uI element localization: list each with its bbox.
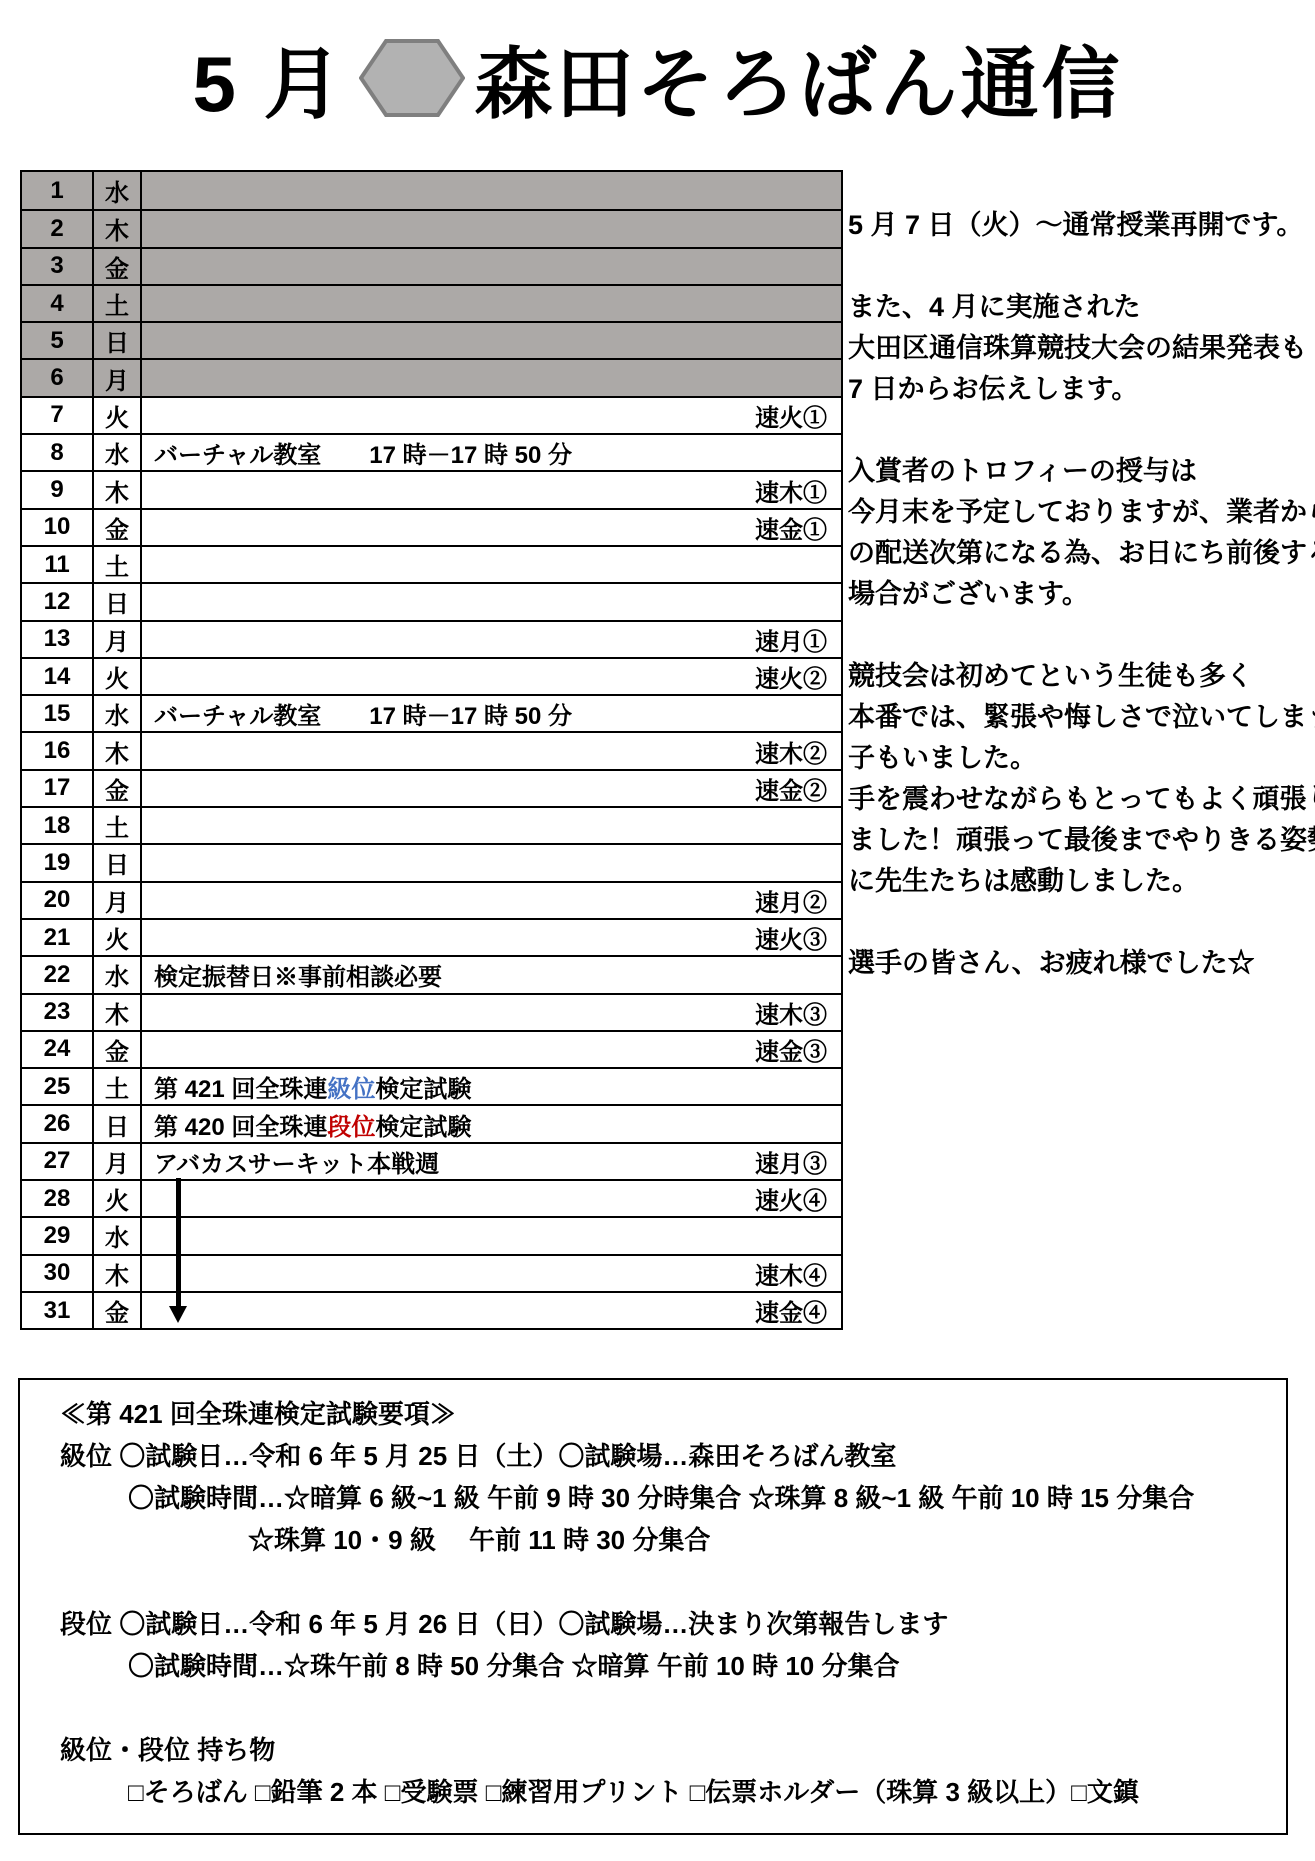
- calendar-weekday: 水: [94, 955, 142, 992]
- calendar-weekday: 火: [94, 918, 142, 955]
- calendar-weekday: 木: [94, 470, 142, 507]
- exam-info-line: 段位 〇試験日…令和 6 年 5 月 26 日（日）〇試験場…決まり次第報告しま…: [20, 1603, 1286, 1645]
- calendar-entry-segment: 検定試験: [375, 1114, 471, 1141]
- calendar-entry: 速木④: [142, 1254, 841, 1291]
- calendar-weekday: 月: [94, 881, 142, 918]
- calendar-lesson-code: 速金④: [755, 1293, 827, 1328]
- calendar-entry-text: 第 421 回全珠連級位検定試験: [154, 1069, 471, 1104]
- calendar-day-number: 6: [22, 358, 94, 395]
- calendar-entry-text: バーチャル教室 17 時－17 時 50 分: [154, 696, 572, 731]
- calendar-day-number: 31: [22, 1291, 94, 1328]
- calendar-entry: バーチャル教室 17 時－17 時 50 分: [142, 433, 841, 470]
- calendar-day-number: 14: [22, 657, 94, 694]
- calendar-day-number: 21: [22, 918, 94, 955]
- calendar-entry: [142, 247, 841, 284]
- calendar-lesson-code: 速火①: [755, 398, 827, 433]
- calendar-entry-segment: 第 421 回全珠連: [154, 1076, 327, 1103]
- calendar-day-number: 12: [22, 582, 94, 619]
- calendar-entry: [142, 358, 841, 395]
- announcement-line: ました！頑張って最後までやりきる姿勢: [848, 820, 1310, 861]
- calendar-entry: 速木③: [142, 993, 841, 1030]
- calendar-table: 1水2木3金4土5日6月7火速火①8水バーチャル教室 17 時－17 時 50 …: [20, 170, 843, 1330]
- calendar-entry: [142, 545, 841, 582]
- announcement-line: 場合がございます。: [848, 574, 1310, 615]
- calendar-weekday: 火: [94, 1179, 142, 1216]
- calendar-weekday: 日: [94, 321, 142, 358]
- calendar-weekday: 金: [94, 769, 142, 806]
- calendar-weekday: 日: [94, 843, 142, 880]
- calendar-day-number: 24: [22, 1030, 94, 1067]
- calendar-entry: アバカスサーキット本戦週速月③: [142, 1142, 841, 1179]
- announcement-line: 今月末を予定しておりますが、業者から: [848, 492, 1310, 533]
- calendar-day-number: 7: [22, 396, 94, 433]
- calendar-day-number: 19: [22, 843, 94, 880]
- calendar-weekday: 日: [94, 1104, 142, 1141]
- calendar-weekday: 土: [94, 806, 142, 843]
- announcement-line: の配送次第になる為、お日にち前後する: [848, 533, 1310, 574]
- calendar-day-number: 4: [22, 284, 94, 321]
- calendar-weekday: 金: [94, 1030, 142, 1067]
- calendar-weekday: 水: [94, 1216, 142, 1253]
- calendar-weekday: 月: [94, 620, 142, 657]
- exam-info-blank-line: [20, 1687, 1286, 1729]
- announcement-blank-line: [848, 615, 1310, 656]
- calendar-lesson-code: 速月③: [755, 1144, 827, 1179]
- announcement-line: 入賞者のトロフィーの授与は: [848, 451, 1310, 492]
- calendar-entry-text: 第 420 回全珠連段位検定試験: [154, 1107, 471, 1142]
- calendar-day-number: 27: [22, 1142, 94, 1179]
- calendar-day-number: 30: [22, 1254, 94, 1291]
- calendar-weekday: 土: [94, 545, 142, 582]
- announcement-line: 大田区通信珠算競技大会の結果発表も: [848, 328, 1310, 369]
- calendar-weekday: 水: [94, 694, 142, 731]
- exam-info-line: □そろばん □鉛筆 2 本 □受験票 □練習用プリント □伝票ホルダー（珠算 3…: [20, 1771, 1286, 1813]
- calendar-day-number: 11: [22, 545, 94, 582]
- calendar-lesson-code: 速火③: [755, 920, 827, 955]
- calendar-day-number: 13: [22, 620, 94, 657]
- title-month: 5 月: [192, 22, 344, 134]
- calendar-day-number: 20: [22, 881, 94, 918]
- announcement-blank-line: [848, 246, 1310, 287]
- announcement-line: また、4 月に実施された: [848, 287, 1310, 328]
- week-arrow-line: [176, 1178, 181, 1308]
- calendar-lesson-code: 速火②: [755, 659, 827, 694]
- calendar-weekday: 日: [94, 582, 142, 619]
- calendar-day-number: 26: [22, 1104, 94, 1141]
- exam-info-box: ≪第 421 回全珠連検定試験要項≫級位 〇試験日…令和 6 年 5 月 25 …: [18, 1378, 1288, 1835]
- calendar-entry: [142, 321, 841, 358]
- calendar-lesson-code: 速月②: [755, 883, 827, 918]
- calendar-weekday: 水: [94, 433, 142, 470]
- calendar-entry: [142, 1216, 841, 1253]
- calendar-entry: [142, 284, 841, 321]
- calendar-weekday: 金: [94, 1291, 142, 1328]
- announcement-line: 子もいました。: [848, 738, 1310, 779]
- page-title: 5 月 森田そろばん通信: [0, 22, 1315, 134]
- calendar-day-number: 8: [22, 433, 94, 470]
- calendar-day-number: 28: [22, 1179, 94, 1216]
- calendar-weekday: 水: [94, 172, 142, 209]
- announcement-line: 手を震わせながらもとってもよく頑張り: [848, 779, 1310, 820]
- announcement-line: 5 月 7 日（火）～通常授業再開です。: [848, 205, 1310, 246]
- calendar-entry-segment: 検定試験: [375, 1076, 471, 1103]
- exam-info-blank-line: [20, 1561, 1286, 1603]
- calendar-entry: 速金④: [142, 1291, 841, 1328]
- calendar-day-number: 5: [22, 321, 94, 358]
- calendar-weekday: 木: [94, 993, 142, 1030]
- calendar-day-number: 1: [22, 172, 94, 209]
- calendar-day-number: 25: [22, 1067, 94, 1104]
- calendar-weekday: 月: [94, 1142, 142, 1179]
- calendar-lesson-code: 速木④: [755, 1256, 827, 1291]
- calendar-entry: [142, 582, 841, 619]
- calendar-entry: 速木②: [142, 731, 841, 768]
- calendar-lesson-code: 速火④: [755, 1181, 827, 1216]
- calendar-weekday: 火: [94, 657, 142, 694]
- calendar-day-number: 23: [22, 993, 94, 1030]
- calendar-entry: [142, 806, 841, 843]
- exam-info-line: 〇試験時間…☆暗算 6 級~1 級 午前 9 時 30 分時集合 ☆珠算 8 級…: [20, 1477, 1286, 1519]
- exam-info-line: 級位・段位 持ち物: [20, 1729, 1286, 1771]
- calendar-entry-segment: 段位: [327, 1114, 375, 1141]
- calendar-day-number: 16: [22, 731, 94, 768]
- calendar-entry-text: 検定振替日※事前相談必要: [154, 957, 442, 992]
- calendar-entry: 検定振替日※事前相談必要: [142, 955, 841, 992]
- calendar-entry: 速木①: [142, 470, 841, 507]
- calendar-weekday: 金: [94, 247, 142, 284]
- calendar-lesson-code: 速金③: [755, 1032, 827, 1067]
- calendar-day-number: 9: [22, 470, 94, 507]
- calendar-day-number: 2: [22, 209, 94, 246]
- exam-info-line: ☆珠算 10・9 級 午前 11 時 30 分集合: [20, 1519, 1286, 1561]
- calendar-entry-text: バーチャル教室 17 時－17 時 50 分: [154, 435, 572, 470]
- calendar-entry-segment: 級位: [327, 1076, 375, 1103]
- newsletter-page: 5 月 森田そろばん通信 1水2木3金4土5日6月7火速火①8水バーチャル教室 …: [0, 0, 1315, 1861]
- calendar-entry: 速火②: [142, 657, 841, 694]
- calendar-weekday: 月: [94, 358, 142, 395]
- calendar-entry: 速火①: [142, 396, 841, 433]
- calendar-lesson-code: 速金①: [755, 510, 827, 545]
- calendar-entry: 第 420 回全珠連段位検定試験: [142, 1104, 841, 1141]
- calendar-entry-segment: 第 420 回全珠連: [154, 1114, 327, 1141]
- calendar-weekday: 土: [94, 1067, 142, 1104]
- calendar-day-number: 29: [22, 1216, 94, 1253]
- calendar-entry: 第 421 回全珠連級位検定試験: [142, 1067, 841, 1104]
- calendar-weekday: 木: [94, 1254, 142, 1291]
- hexagon-icon: [359, 38, 465, 118]
- announcement-line: 選手の皆さん、お疲れ様でした☆: [848, 943, 1310, 984]
- announcements-column: 5 月 7 日（火）～通常授業再開です。 また、4 月に実施された大田区通信珠算…: [848, 205, 1310, 984]
- calendar-day-number: 3: [22, 247, 94, 284]
- calendar-weekday: 火: [94, 396, 142, 433]
- calendar-day-number: 10: [22, 508, 94, 545]
- calendar-day-number: 15: [22, 694, 94, 731]
- calendar-day-number: 17: [22, 769, 94, 806]
- announcement-line: 競技会は初めてという生徒も多く: [848, 656, 1310, 697]
- calendar-entry: 速金②: [142, 769, 841, 806]
- calendar-entry: [142, 172, 841, 209]
- calendar-entry: 速金①: [142, 508, 841, 545]
- calendar-lesson-code: 速木③: [755, 995, 827, 1030]
- calendar-entry: 速火③: [142, 918, 841, 955]
- announcement-line: に先生たちは感動しました。: [848, 861, 1310, 902]
- calendar-entry: [142, 843, 841, 880]
- exam-info-line: 級位 〇試験日…令和 6 年 5 月 25 日（土）〇試験場…森田そろばん教室: [20, 1435, 1286, 1477]
- calendar-entry: 速火④: [142, 1179, 841, 1216]
- calendar-weekday: 土: [94, 284, 142, 321]
- calendar-lesson-code: 速月①: [755, 622, 827, 657]
- announcement-line: 7 日からお伝えします。: [848, 369, 1310, 410]
- calendar-day-number: 22: [22, 955, 94, 992]
- calendar-lesson-code: 速木①: [755, 473, 827, 508]
- exam-info-line: 〇試験時間…☆珠午前 8 時 50 分集合 ☆暗算 午前 10 時 10 分集合: [20, 1645, 1286, 1687]
- week-arrow-head-icon: [169, 1306, 187, 1323]
- calendar-entry: [142, 209, 841, 246]
- calendar-day-number: 18: [22, 806, 94, 843]
- calendar-weekday: 木: [94, 209, 142, 246]
- exam-info-line: ≪第 421 回全珠連検定試験要項≫: [20, 1393, 1286, 1435]
- announcement-blank-line: [848, 410, 1310, 451]
- title-school-name: 森田そろばん通信: [475, 22, 1123, 134]
- calendar-entry: 速金③: [142, 1030, 841, 1067]
- calendar-lesson-code: 速金②: [755, 771, 827, 806]
- announcement-blank-line: [848, 902, 1310, 943]
- calendar-entry-text: アバカスサーキット本戦週: [154, 1144, 439, 1179]
- calendar-weekday: 金: [94, 508, 142, 545]
- calendar-weekday: 木: [94, 731, 142, 768]
- calendar-lesson-code: 速木②: [755, 734, 827, 769]
- calendar-entry: 速月①: [142, 620, 841, 657]
- announcement-line: 本番では、緊張や悔しさで泣いてしまう: [848, 697, 1310, 738]
- calendar-entry: バーチャル教室 17 時－17 時 50 分: [142, 694, 841, 731]
- calendar-entry: 速月②: [142, 881, 841, 918]
